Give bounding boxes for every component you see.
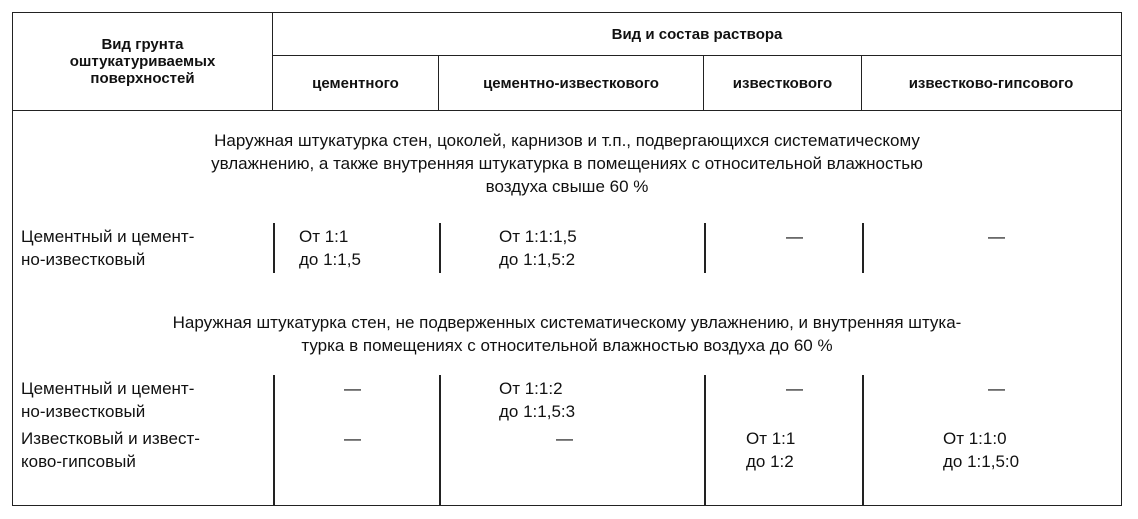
column-divider	[273, 223, 275, 273]
cement-value: От 1:1 до 1:1,5	[299, 225, 361, 271]
lime-gypsum-value: —	[988, 377, 1005, 400]
section-title-2: Наружная штукатурка стен, не подверженны…	[13, 311, 1121, 357]
table-header: Вид грунта оштукатуриваемых поверхностей…	[13, 13, 1121, 111]
lime-value: От 1:1 до 1:2	[746, 427, 795, 473]
header-lime-gypsum: известково-гипсового	[862, 56, 1120, 110]
header-ground-type: Вид грунта оштукатуриваемых поверхностей	[13, 13, 273, 110]
mortar-composition-table: Вид грунта оштукатуриваемых поверхностей…	[12, 12, 1122, 506]
ground-type-cell: Цементный и цемент- но-известковый	[21, 225, 194, 271]
lime-value: —	[786, 377, 803, 400]
column-divider	[704, 375, 706, 505]
column-divider	[273, 375, 275, 505]
ground-type-cell: Цементный и цемент- но-известковый	[21, 377, 194, 423]
lime-gypsum-value: От 1:1:0 до 1:1,5:0	[943, 427, 1019, 473]
column-divider	[862, 223, 864, 273]
cement-lime-value: От 1:1:2 до 1:1,5:3	[499, 377, 575, 423]
lime-gypsum-value: —	[988, 225, 1005, 248]
header-cement-lime: цементно-известкового	[439, 56, 704, 110]
cement-value: —	[344, 377, 361, 400]
header-mortar-group: Вид и состав раствора	[273, 13, 1121, 56]
cement-lime-value: —	[556, 427, 573, 450]
cement-lime-value: От 1:1:1,5 до 1:1,5:2	[499, 225, 577, 271]
header-cement: цементного	[273, 56, 439, 110]
lime-value: —	[786, 225, 803, 248]
ground-type-cell: Известковый и извест- ково-гипсовый	[21, 427, 200, 473]
column-divider	[862, 375, 864, 505]
cement-value: —	[344, 427, 361, 450]
column-divider	[439, 375, 441, 505]
section-title-1: Наружная штукатурка стен, цоколей, карни…	[13, 129, 1121, 198]
column-divider	[439, 223, 441, 273]
header-lime: известкового	[704, 56, 862, 110]
column-divider	[704, 223, 706, 273]
